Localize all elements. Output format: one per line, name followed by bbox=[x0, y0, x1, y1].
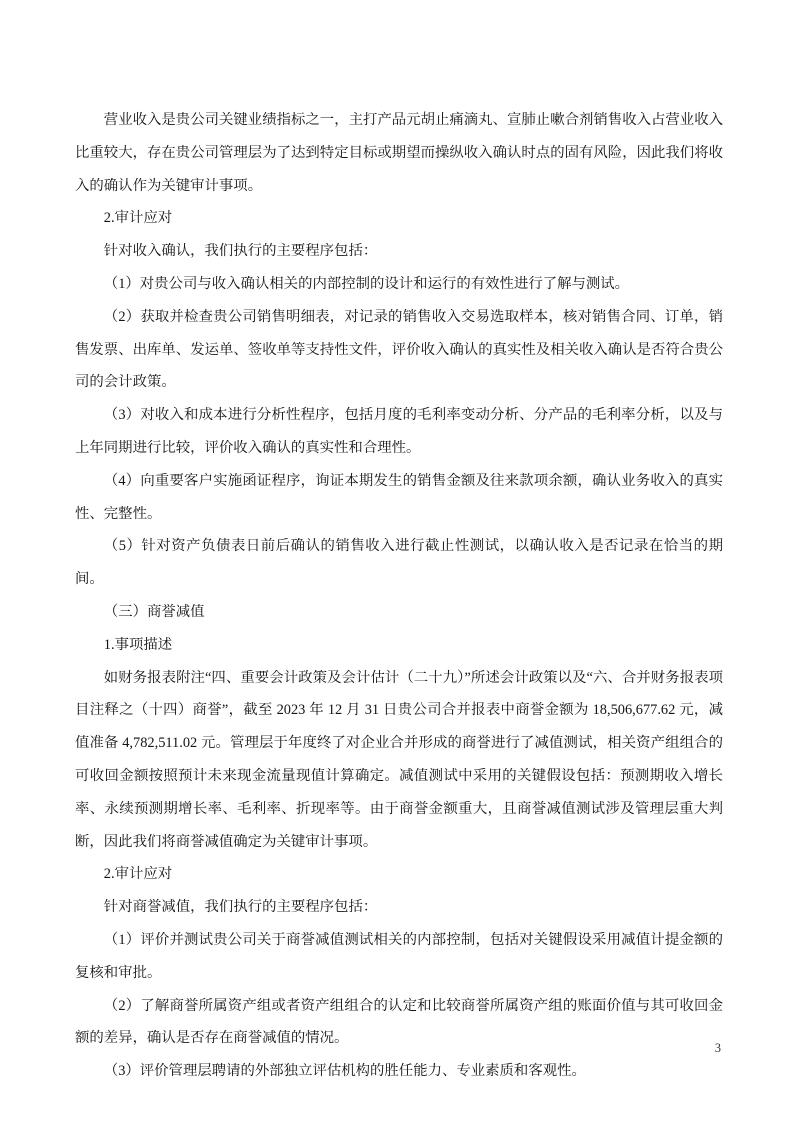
item-goodwill-procedure-1: （1）评价并测试贵公司关于商誉减值测试相关的内部控制，包括对关键假设采用减值计提… bbox=[75, 924, 723, 990]
page-number: 3 bbox=[715, 1040, 721, 1056]
item-revenue-procedure-1: （1）对贵公司与收入确认相关的内部控制的设计和运行的有效性进行了解与测试。 bbox=[75, 268, 723, 301]
heading-goodwill-impairment: （三）商誉减值 bbox=[75, 596, 723, 629]
item-goodwill-procedure-2: （2）了解商誉所属资产组或者资产组组合的认定和比较商誉所属资产组的账面价值与其可… bbox=[75, 990, 723, 1056]
document-page: 营业收入是贵公司关键业绩指标之一，主打产品元胡止痛滴丸、宣肺止嗽合剂销售收入占营… bbox=[0, 0, 793, 1122]
item-revenue-procedure-5: （5）针对资产负债表日前后确认的销售收入进行截止性测试，以确认收入是否记录在恰当… bbox=[75, 530, 723, 596]
heading-matter-description: 1.事项描述 bbox=[75, 629, 723, 662]
item-revenue-procedure-4: （4）向重要客户实施函证程序，询证本期发生的销售金额及往来款项余额，确认业务收入… bbox=[75, 465, 723, 531]
heading-audit-response-goodwill: 2.审计应对 bbox=[75, 858, 723, 891]
page-body-text: 营业收入是贵公司关键业绩指标之一，主打产品元胡止痛滴丸、宣肺止嗽合剂销售收入占营… bbox=[75, 104, 723, 1088]
item-goodwill-procedure-3: （3）评价管理层聘请的外部独立评估机构的胜任能力、专业素质和客观性。 bbox=[75, 1055, 723, 1088]
para-goodwill-procedures-intro: 针对商誉减值，我们执行的主要程序包括： bbox=[75, 891, 723, 924]
para-goodwill-description: 如财务报表附注“四、重要会计政策及会计估计（二十九）”所述会计政策以及“六、合并… bbox=[75, 662, 723, 859]
heading-audit-response-revenue: 2.审计应对 bbox=[75, 202, 723, 235]
item-revenue-procedure-2: （2）获取并检查贵公司销售明细表，对记录的销售收入交易选取样本，核对销售合同、订… bbox=[75, 301, 723, 399]
para-revenue-procedures-intro: 针对收入确认，我们执行的主要程序包括： bbox=[75, 235, 723, 268]
item-revenue-procedure-3: （3）对收入和成本进行分析性程序，包括月度的毛利率变动分析、分产品的毛利率分析，… bbox=[75, 399, 723, 465]
para-revenue-key-audit-matter: 营业收入是贵公司关键业绩指标之一，主打产品元胡止痛滴丸、宣肺止嗽合剂销售收入占营… bbox=[75, 104, 723, 202]
